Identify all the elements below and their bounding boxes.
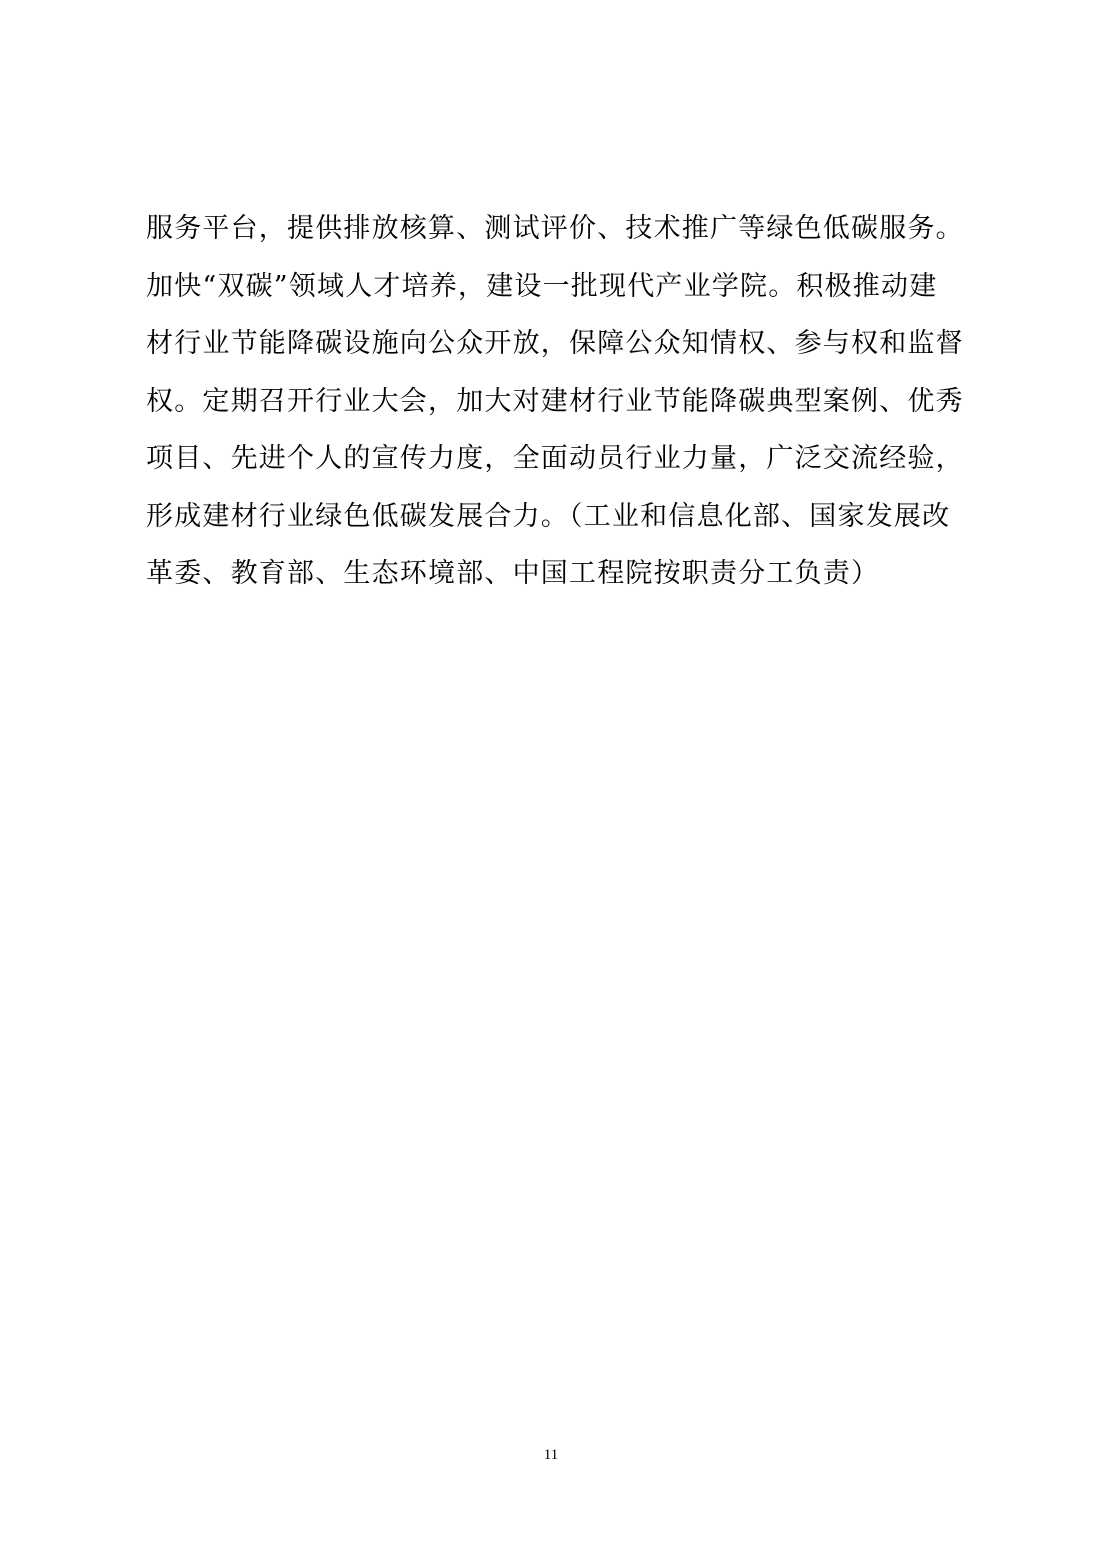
text-line: 服务平台，提供排放核算、测试评价、技术推广等绿色低碳服务。 xyxy=(146,200,976,258)
text-line: 革委、教育部、生态环境部、中国工程院按职责分工负责） xyxy=(146,545,976,603)
document-page: 服务平台，提供排放核算、测试评价、技术推广等绿色低碳服务。 加快“双碳”领域人才… xyxy=(0,0,1102,1559)
text-line: 权。定期召开行业大会，加大对建材行业节能降碳典型案例、优秀 xyxy=(146,373,976,431)
text-line: 项目、先进个人的宣传力度，全面动员行业力量，广泛交流经验， xyxy=(146,430,976,488)
text-line: 形成建材行业绿色低碳发展合力。（工业和信息化部、国家发展改 xyxy=(146,488,976,546)
page-number: 11 xyxy=(0,1447,1102,1464)
body-paragraph: 服务平台，提供排放核算、测试评价、技术推广等绿色低碳服务。 加快“双碳”领域人才… xyxy=(146,200,976,603)
text-line: 加快“双碳”领域人才培养，建设一批现代产业学院。积极推动建 xyxy=(146,258,976,316)
text-line: 材行业节能降碳设施向公众开放，保障公众知情权、参与权和监督 xyxy=(146,315,976,373)
